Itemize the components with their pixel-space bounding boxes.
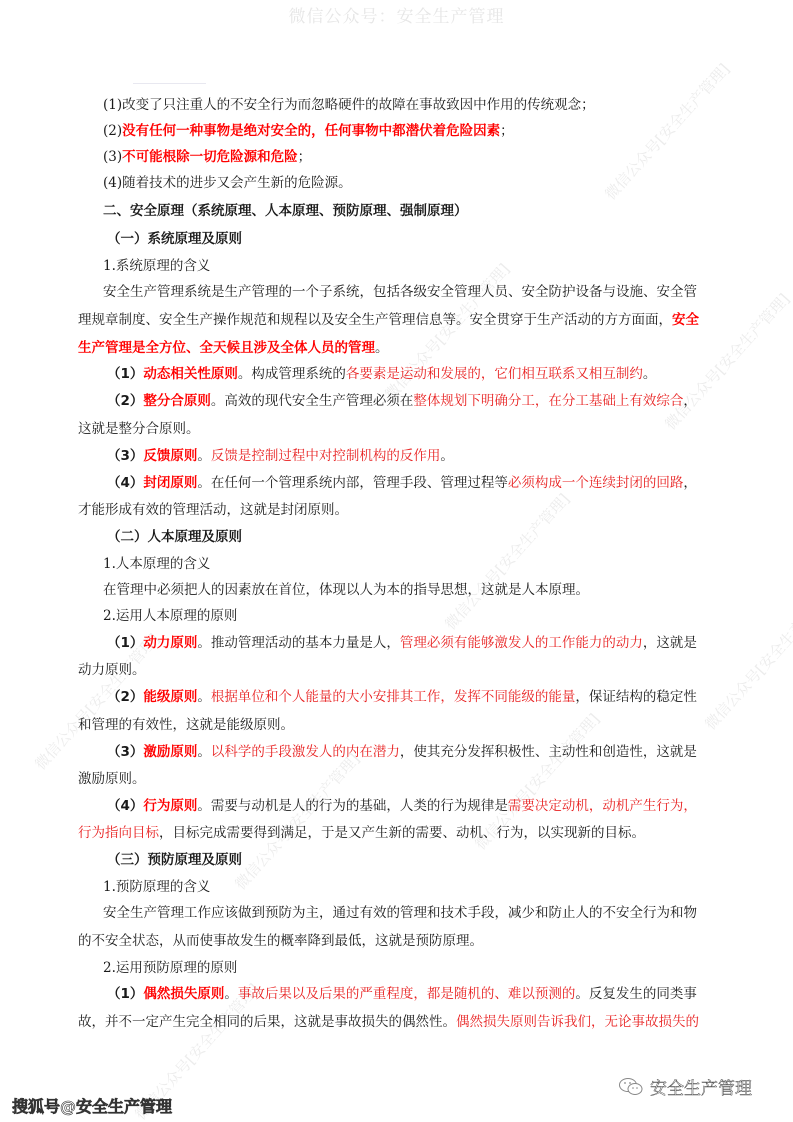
text-line: （4）封闭原则。在任何一个管理系统内部，管理手段、管理过程等必须构成一个连续封闭… <box>107 474 747 492</box>
highlight-text: 反馈原则 <box>143 448 197 464</box>
text-line: （二）人本原理及原则 <box>107 528 747 546</box>
heading-text: （3） <box>107 448 143 464</box>
text-line: 安全生产管理工作应该做到预防为主，通过有效的管理和技术手段，减少和防止人的不安全… <box>103 904 743 922</box>
highlight-text: 必须构成一个连续封闭的回路 <box>508 475 684 491</box>
highlight-text: 整体规划下明确分工，在分工基础上有效综合 <box>413 393 683 409</box>
heading-text: （1） <box>107 635 143 651</box>
text-segment: 理规章制度、安全生产操作规范和规程以及安全生产管理信息等。安全贯穿于生产活动的方… <box>78 312 672 328</box>
text-line: （1）偶然损失原则。事故后果以及后果的严重程度，都是随机的、难以预测的。反复发生… <box>107 985 747 1003</box>
text-segment: 和管理的有效性，这就是能级原则。 <box>78 717 294 733</box>
text-line: 的不安全状态，从而使事故发生的概率降到最低，这就是预防原理。 <box>78 932 718 950</box>
watermark-header: 微信公众号：安全生产管理 <box>0 2 793 27</box>
text-segment: ，保证结构的稳定性 <box>575 689 697 705</box>
highlight-text: 需要决定动机，动机产生行为， <box>508 798 697 814</box>
text-segment: 安全生产管理系统是生产管理的一个子系统，包括各级安全管理人员、安全防护设备与设施… <box>103 284 697 300</box>
text-segment: ， <box>683 393 697 409</box>
highlight-text: 动力原则 <box>143 635 197 651</box>
text-line: 行为指向目标，目标完成需要得到满足，于是又产生新的需要、动机、行为，以实现新的目… <box>78 824 718 842</box>
highlight-text: 生产管理是全方位、全天候且涉及全体人员的管理 <box>78 340 375 356</box>
text-line: 1.人本原理的含义 <box>103 555 743 573</box>
highlight-text: 整分合原则 <box>143 393 211 409</box>
text-line: （1）动力原则。推动管理活动的基本力量是人，管理必须有能够激发人的工作能力的动力… <box>107 634 747 652</box>
text-segment: (3) <box>103 149 122 165</box>
text-segment: (4)随着技术的进步又会产生新的危险源。 <box>103 175 352 191</box>
highlight-text: 管理必须有能够激发人的工作能力的动力 <box>400 635 643 651</box>
highlight-text: 反馈是控制过程中对控制机构的反作用 <box>211 448 441 464</box>
text-segment: 故，并不一定产生完全相同的后果，这就是事故损失的偶然性。 <box>78 1014 456 1030</box>
text-segment: 。构成管理系统的 <box>238 366 346 382</box>
highlight-text: 行为原则 <box>143 798 197 814</box>
heading-text: （4） <box>107 798 143 814</box>
text-segment: 。 <box>197 744 211 760</box>
text-segment: 的不安全状态，从而使事故发生的概率降到最低，这就是预防原理。 <box>78 933 483 949</box>
text-segment: 。 <box>643 366 657 382</box>
text-segment: 2.运用预防原理的原则 <box>103 960 237 976</box>
header-rule <box>133 83 206 84</box>
text-line: 故，并不一定产生完全相同的后果，这就是事故损失的偶然性。偶然损失原则告诉我们，无… <box>78 1013 718 1031</box>
text-line: 2.运用预防原理的原则 <box>103 959 743 977</box>
text-line: 1.系统原理的含义 <box>103 257 743 275</box>
text-segment: (1)改变了只注重人的不安全行为而忽略硬件的故障在事故致因中作用的传统观念； <box>103 97 595 113</box>
text-line: 在管理中必须把人的因素放在首位，体现以人为本的指导思想，这就是人本原理。 <box>103 581 743 599</box>
text-line: 才能形成有效的管理活动，这就是封闭原则。 <box>78 501 718 519</box>
text-segment: ； <box>500 123 514 139</box>
highlight-text: 动态相关性原则 <box>143 366 238 382</box>
text-segment: 。推动管理活动的基本力量是人， <box>197 635 400 651</box>
text-segment: 激励原则。 <box>78 771 146 787</box>
highlight-text: 能级原则 <box>143 689 197 705</box>
highlight-text: 偶然损失原则告诉我们，无论事故损失的 <box>456 1014 699 1030</box>
heading-text: 二、安全原理（系统原理、人本原理、预防原理、强制原理） <box>103 203 468 219</box>
wechat-account-name: 安全生产管理 <box>650 1074 752 1099</box>
text-line: （三）预防原理及原则 <box>107 851 747 869</box>
text-line: 二、安全原理（系统原理、人本原理、预防原理、强制原理） <box>103 202 743 220</box>
highlight-text: 偶然损失原则 <box>143 986 224 1002</box>
text-segment: 。需要与动机是人的行为的基础，人类的行为规律是 <box>197 798 508 814</box>
wechat-icon <box>618 1077 644 1097</box>
text-segment: ，这就是 <box>643 635 697 651</box>
highlight-text: 不可能根除一切危险源和危险 <box>122 149 298 165</box>
text-segment: 。 <box>440 448 454 464</box>
text-segment: ， <box>683 475 697 491</box>
text-line: （4）行为原则。需要与动机是人的行为的基础，人类的行为规律是需要决定动机，动机产… <box>107 797 747 815</box>
text-line: 和管理的有效性，这就是能级原则。 <box>78 716 718 734</box>
text-segment: 。 <box>197 448 211 464</box>
text-line: (4)随着技术的进步又会产生新的危险源。 <box>103 174 743 192</box>
wechat-account-badge: 安全生产管理 <box>618 1074 752 1099</box>
text-segment: 。高效的现代安全生产管理必须在 <box>211 393 414 409</box>
text-segment: 1.系统原理的含义 <box>103 258 210 274</box>
text-line: 这就是整分合原则。 <box>78 420 718 438</box>
highlight-text: 没有任何一种事物是绝对安全的，任何事物中都潜伏着危险因素 <box>122 123 500 139</box>
heading-text: （1） <box>107 366 143 382</box>
text-line: 安全生产管理系统是生产管理的一个子系统，包括各级安全管理人员、安全防护设备与设施… <box>103 283 743 301</box>
text-line: （一）系统原理及原则 <box>107 230 747 248</box>
text-segment: 。 <box>224 986 238 1002</box>
highlight-text: 以科学的手段激发人的内在潜力 <box>211 744 400 760</box>
heading-text: （2） <box>107 689 143 705</box>
text-line: 1.预防原理的含义 <box>103 878 743 896</box>
heading-text: （1） <box>107 986 143 1002</box>
text-line: 动力原则。 <box>78 661 718 679</box>
text-line: (2)没有任何一种事物是绝对安全的，任何事物中都潜伏着危险因素； <box>103 122 743 140</box>
text-segment: 。反复发生的同类事 <box>575 986 697 1002</box>
text-line: 生产管理是全方位、全天候且涉及全体人员的管理。 <box>78 339 718 357</box>
text-segment: ，使其充分发挥积极性、主动性和创造性，这就是 <box>400 744 697 760</box>
highlight-text: 安全 <box>672 312 699 328</box>
highlight-text: 行为指向目标 <box>78 825 159 841</box>
heading-text: （3） <box>107 744 143 760</box>
text-segment: 2.运用人本原理的原则 <box>103 608 237 624</box>
text-segment: ，目标完成需要得到满足，于是又产生新的需要、动机、行为，以实现新的目标。 <box>159 825 645 841</box>
text-segment: 。 <box>197 689 211 705</box>
text-line: 理规章制度、安全生产操作规范和规程以及安全生产管理信息等。安全贯穿于生产活动的方… <box>78 311 718 329</box>
text-line: （3）激励原则。以科学的手段激发人的内在潜力，使其充分发挥积极性、主动性和创造性… <box>107 743 747 761</box>
highlight-text: 各要素是运动和发展的，它们相互联系又相互制约 <box>346 366 643 382</box>
sohu-account-label: 搜狐号@安全生产管理 <box>12 1094 172 1117</box>
text-line: (1)改变了只注重人的不安全行为而忽略硬件的故障在事故致因中作用的传统观念； <box>103 96 743 114</box>
text-segment: 1.预防原理的含义 <box>103 879 210 895</box>
text-line: (3)不可能根除一切危险源和危险； <box>103 148 743 166</box>
heading-text: （2） <box>107 393 143 409</box>
highlight-text: 封闭原则 <box>143 475 197 491</box>
text-line: （2）整分合原则。高效的现代安全生产管理必须在整体规划下明确分工，在分工基础上有… <box>107 392 747 410</box>
text-segment: 安全生产管理工作应该做到预防为主，通过有效的管理和技术手段，减少和防止人的不安全… <box>103 905 697 921</box>
text-line: （1）动态相关性原则。构成管理系统的各要素是运动和发展的，它们相互联系又相互制约… <box>107 365 747 383</box>
text-segment: 1.人本原理的含义 <box>103 556 210 572</box>
highlight-text: 激励原则 <box>143 744 197 760</box>
text-segment: (2) <box>103 123 122 139</box>
highlight-text: 事故后果以及后果的严重程度，都是随机的、难以预测的 <box>238 986 576 1002</box>
text-segment: ； <box>298 149 312 165</box>
text-line: （2）能级原则。根据单位和个人能量的大小安排其工作，发挥不同能级的能量，保证结构… <box>107 688 747 706</box>
heading-text: （4） <box>107 475 143 491</box>
text-segment: 才能形成有效的管理活动，这就是封闭原则。 <box>78 502 348 518</box>
text-line: 2.运用人本原理的原则 <box>103 607 743 625</box>
text-segment: 在管理中必须把人的因素放在首位，体现以人为本的指导思想，这就是人本原理。 <box>103 582 589 598</box>
heading-text: （二）人本原理及原则 <box>107 529 242 545</box>
text-line: 激励原则。 <box>78 770 718 788</box>
text-segment: 动力原则。 <box>78 662 146 678</box>
heading-text: （一）系统原理及原则 <box>107 231 242 247</box>
heading-text: （三）预防原理及原则 <box>107 852 242 868</box>
highlight-text: 根据单位和个人能量的大小安排其工作，发挥不同能级的能量 <box>211 689 576 705</box>
text-segment: 。 <box>375 340 389 356</box>
text-segment: 这就是整分合原则。 <box>78 421 200 437</box>
text-segment: 。在任何一个管理系统内部，管理手段、管理过程等 <box>197 475 508 491</box>
text-line: （3）反馈原则。反馈是控制过程中对控制机构的反作用。 <box>107 447 747 465</box>
